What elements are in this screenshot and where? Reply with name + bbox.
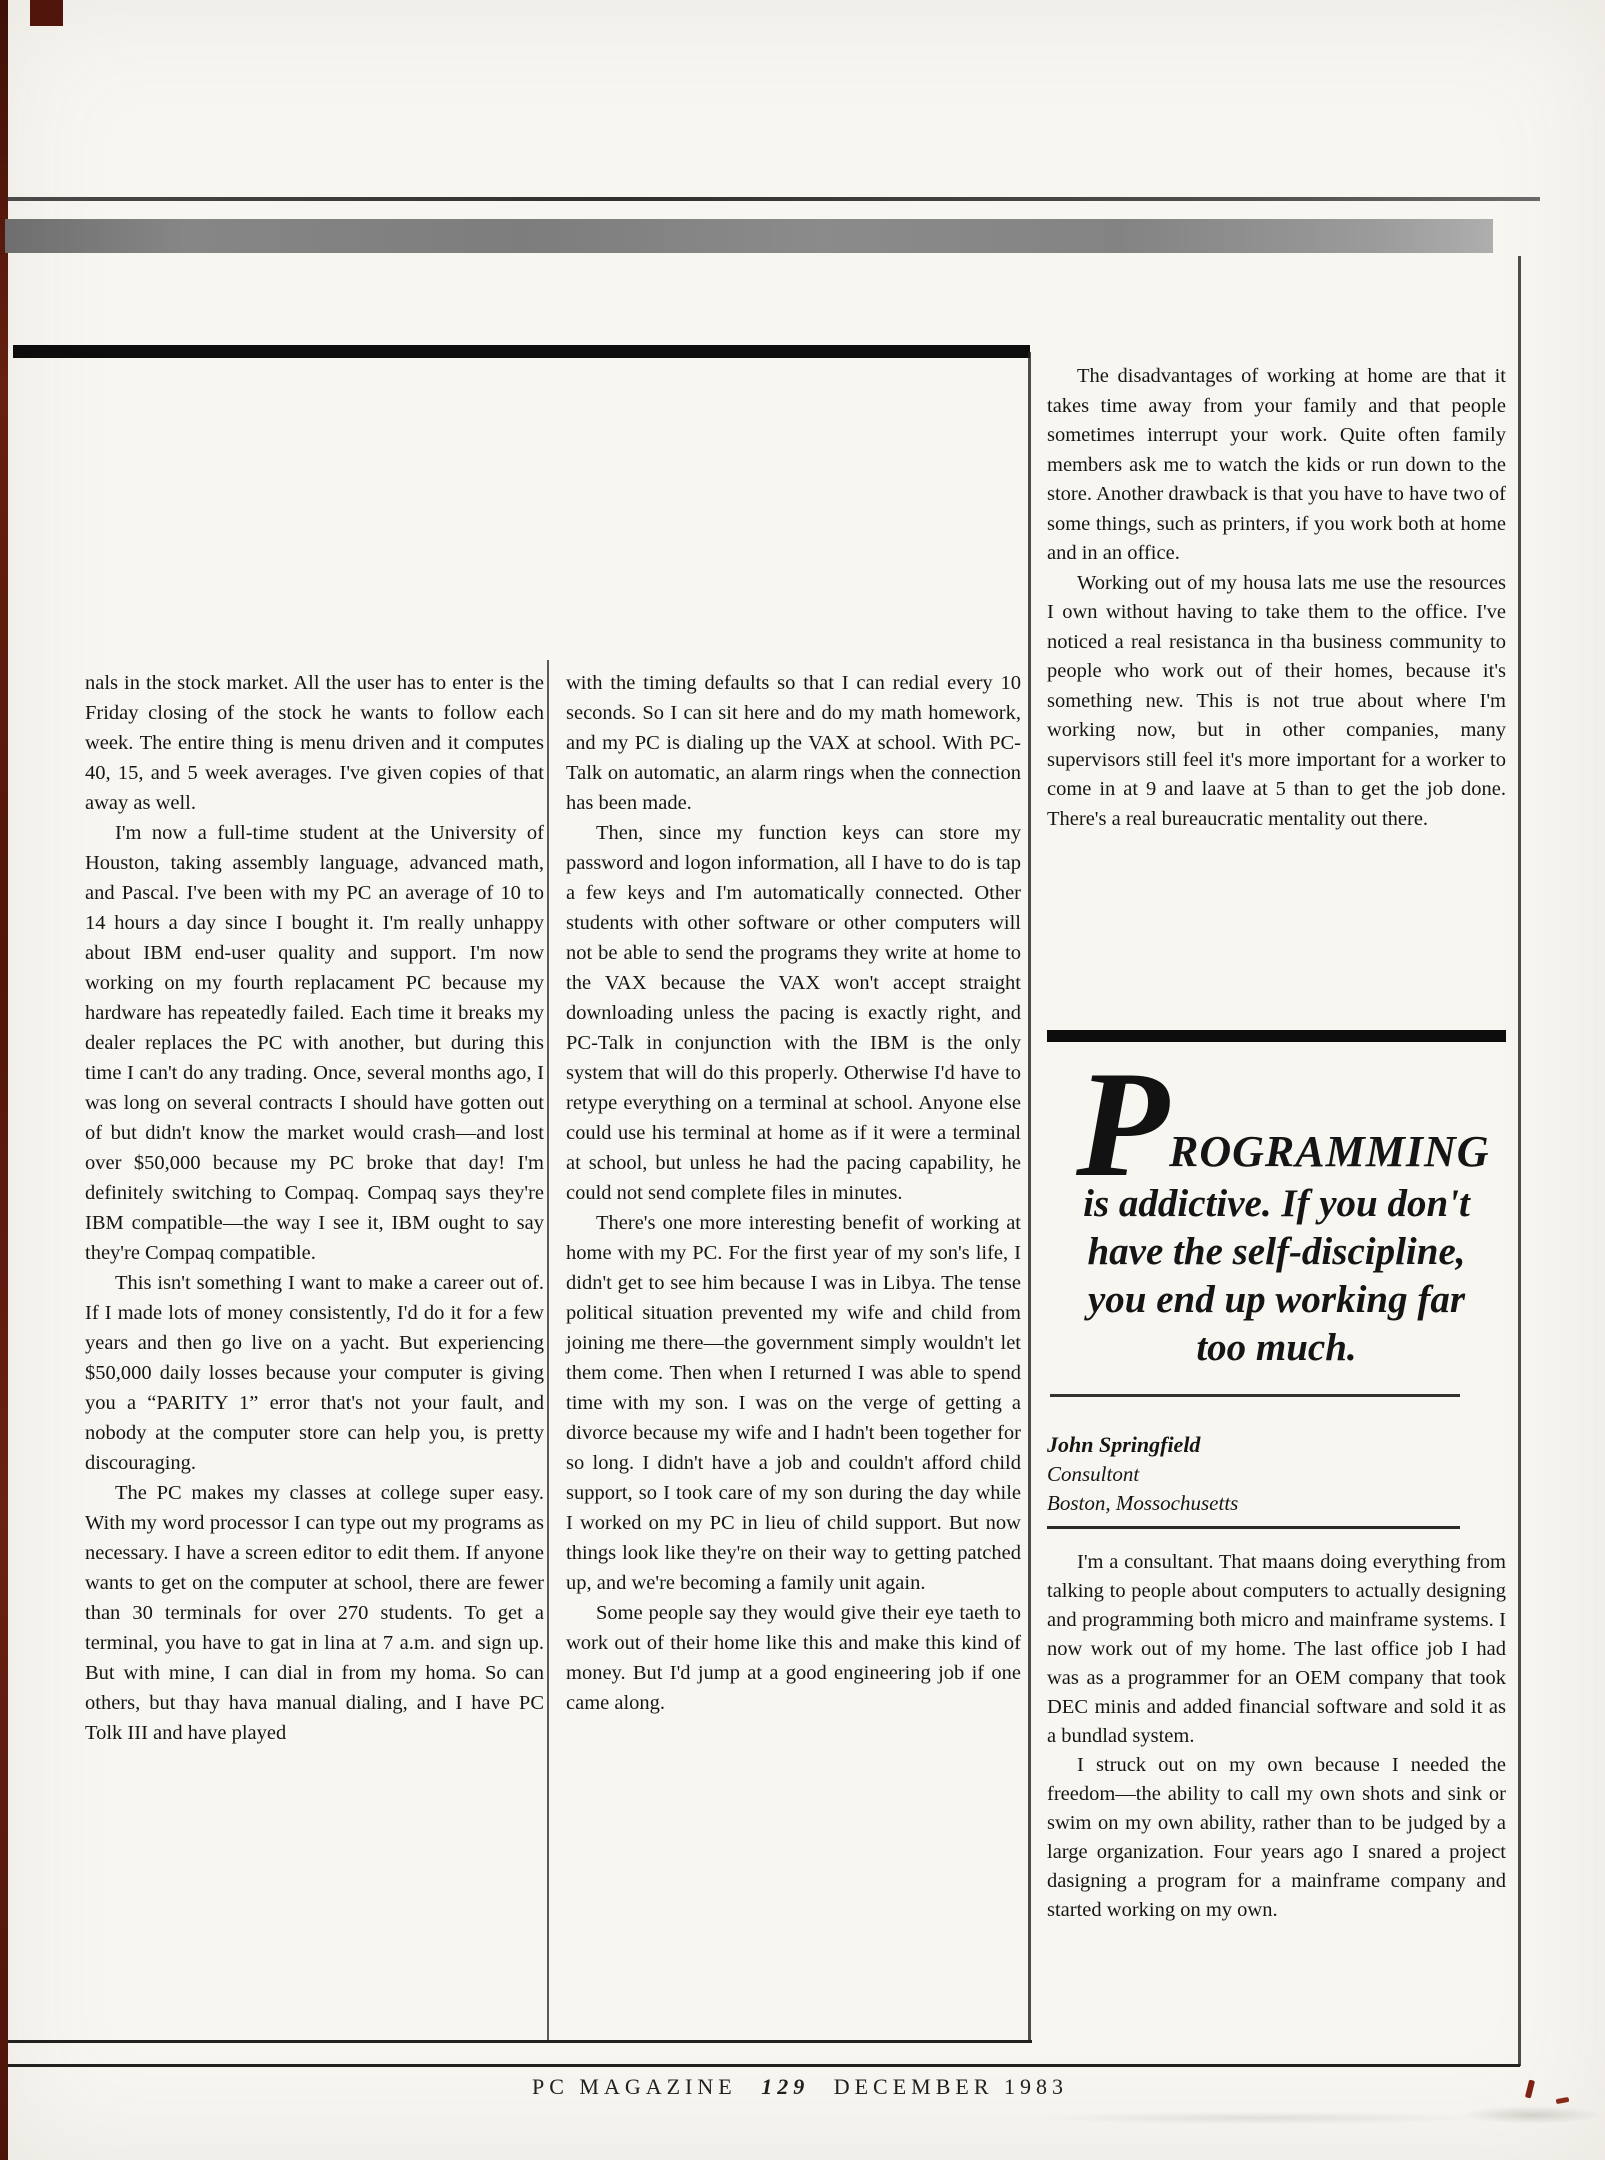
paragraph: The disadvantages of working at home are… — [1047, 362, 1506, 569]
pullquote-first-line: ROGRAMMING — [1047, 1126, 1506, 1177]
magazine-page-scan: nals in the stock market. All the user h… — [0, 0, 1605, 2160]
paragraph: Then, since my function keys can store m… — [566, 818, 1021, 1208]
paragraph: The PC makes my classes at college super… — [85, 1478, 544, 1748]
headline-black-rule — [13, 345, 1030, 358]
text-column-right-top: The disadvantages of working at home are… — [1047, 362, 1506, 834]
top-thin-rule — [8, 197, 1540, 201]
paragraph: I'm now a full-time student at the Unive… — [85, 818, 544, 1268]
attribution-location: Boston, Mossochusetts — [1047, 1489, 1506, 1518]
pullquote-dropcap: P — [1076, 1048, 1169, 1200]
scan-artifact-left-strip — [0, 0, 8, 2160]
text-column-right-bottom: I'm a consultant. That maans doing every… — [1047, 1548, 1506, 1925]
paragraph: I struck out on my own because I needed … — [1047, 1751, 1506, 1925]
page-right-border-rule — [1518, 256, 1521, 2066]
scan-artifact-bottom-right-mark — [1525, 2080, 1535, 2099]
attribution-role: Consultont — [1047, 1460, 1506, 1489]
scan-artifact-bottom-right-mark — [1556, 2097, 1570, 2104]
scan-smudge — [1050, 2112, 1470, 2124]
paragraph: with the timing defaults so that I can r… — [566, 668, 1021, 818]
column-separator-left-middle — [547, 660, 549, 2042]
pullquote-line: you end up working far — [1047, 1276, 1506, 1324]
pullquote-line: is addictive. If you don't — [1047, 1180, 1506, 1228]
page-footer: PC MAGAZINE 129 DECEMBER 1983 — [420, 2074, 1180, 2100]
footer-issue-date: DECEMBER 1983 — [834, 2074, 1068, 2099]
attribution-block: John Springfield Consultont Boston, Moss… — [1047, 1430, 1506, 1518]
footer-rule — [8, 2064, 1520, 2067]
pullquote-line: have the self-discipline, — [1047, 1228, 1506, 1276]
footer-magazine-name: PC MAGAZINE — [532, 2074, 737, 2099]
paragraph: There's one more interesting benefit of … — [566, 1208, 1021, 1598]
masthead-gray-bar — [5, 219, 1493, 253]
paragraph: This isn't something I want to make a ca… — [85, 1268, 544, 1478]
pullquote-line: too much. — [1047, 1324, 1506, 1372]
paragraph: Some people say they would give their ey… — [566, 1598, 1021, 1718]
text-column-middle: with the timing defaults so that I can r… — [566, 668, 1021, 1718]
attribution-rule — [1047, 1526, 1460, 1529]
column-separator-middle-right — [1028, 352, 1031, 2042]
pullquote-bottom-rule — [1050, 1394, 1460, 1397]
paragraph: nals in the stock market. All the user h… — [85, 668, 544, 818]
paragraph: I'm a consultant. That maans doing every… — [1047, 1548, 1506, 1751]
footer-page-number: 129 — [761, 2074, 809, 2099]
paragraph: Working out of my housa lats me use the … — [1047, 569, 1506, 835]
text-column-left: nals in the stock market. All the user h… — [85, 668, 544, 1748]
scan-artifact-top-left-block — [30, 0, 63, 26]
attribution-name: John Springfield — [1047, 1430, 1506, 1460]
pullquote-body: is addictive. If you don't have the self… — [1047, 1180, 1506, 1372]
columns-bottom-rule — [8, 2040, 1032, 2043]
scan-smudge — [1462, 2106, 1602, 2124]
